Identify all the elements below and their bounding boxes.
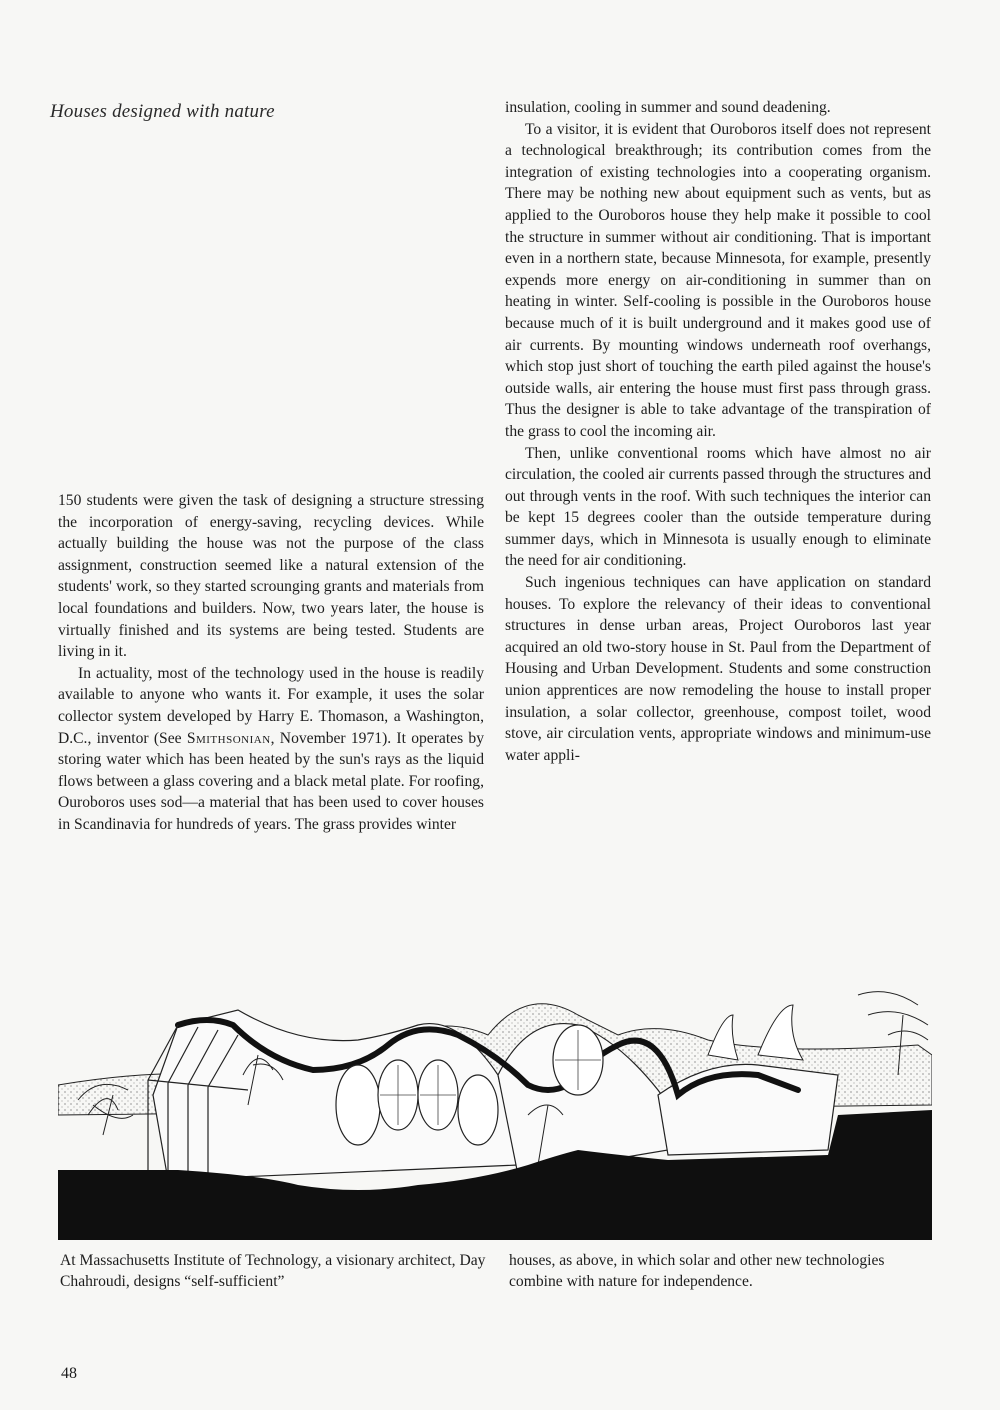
body-paragraph: 150 students were given the task of desi… <box>58 490 484 663</box>
magazine-name: Smithsonian <box>187 730 271 747</box>
body-paragraph: To a visitor, it is evident that Ourobor… <box>505 119 931 443</box>
house-cross-section-illustration <box>58 965 932 1240</box>
body-paragraph: insulation, cooling in summer and sound … <box>505 97 931 119</box>
running-head: Houses designed with nature <box>50 101 275 123</box>
body-paragraph: In actuality, most of the technology use… <box>58 663 484 836</box>
page-number: 48 <box>61 1365 77 1383</box>
body-paragraph: Then, unlike conventional rooms which ha… <box>505 443 931 573</box>
illustration-drawing <box>58 965 932 1240</box>
figure-caption-right: houses, as above, in which solar and oth… <box>509 1250 939 1292</box>
figure-caption-left: At Massachusetts Institute of Technology… <box>60 1250 490 1292</box>
body-paragraph: Such ingenious techniques can have appli… <box>505 572 931 766</box>
left-column: 150 students were given the task of desi… <box>58 490 484 836</box>
right-column: insulation, cooling in summer and sound … <box>505 97 931 766</box>
